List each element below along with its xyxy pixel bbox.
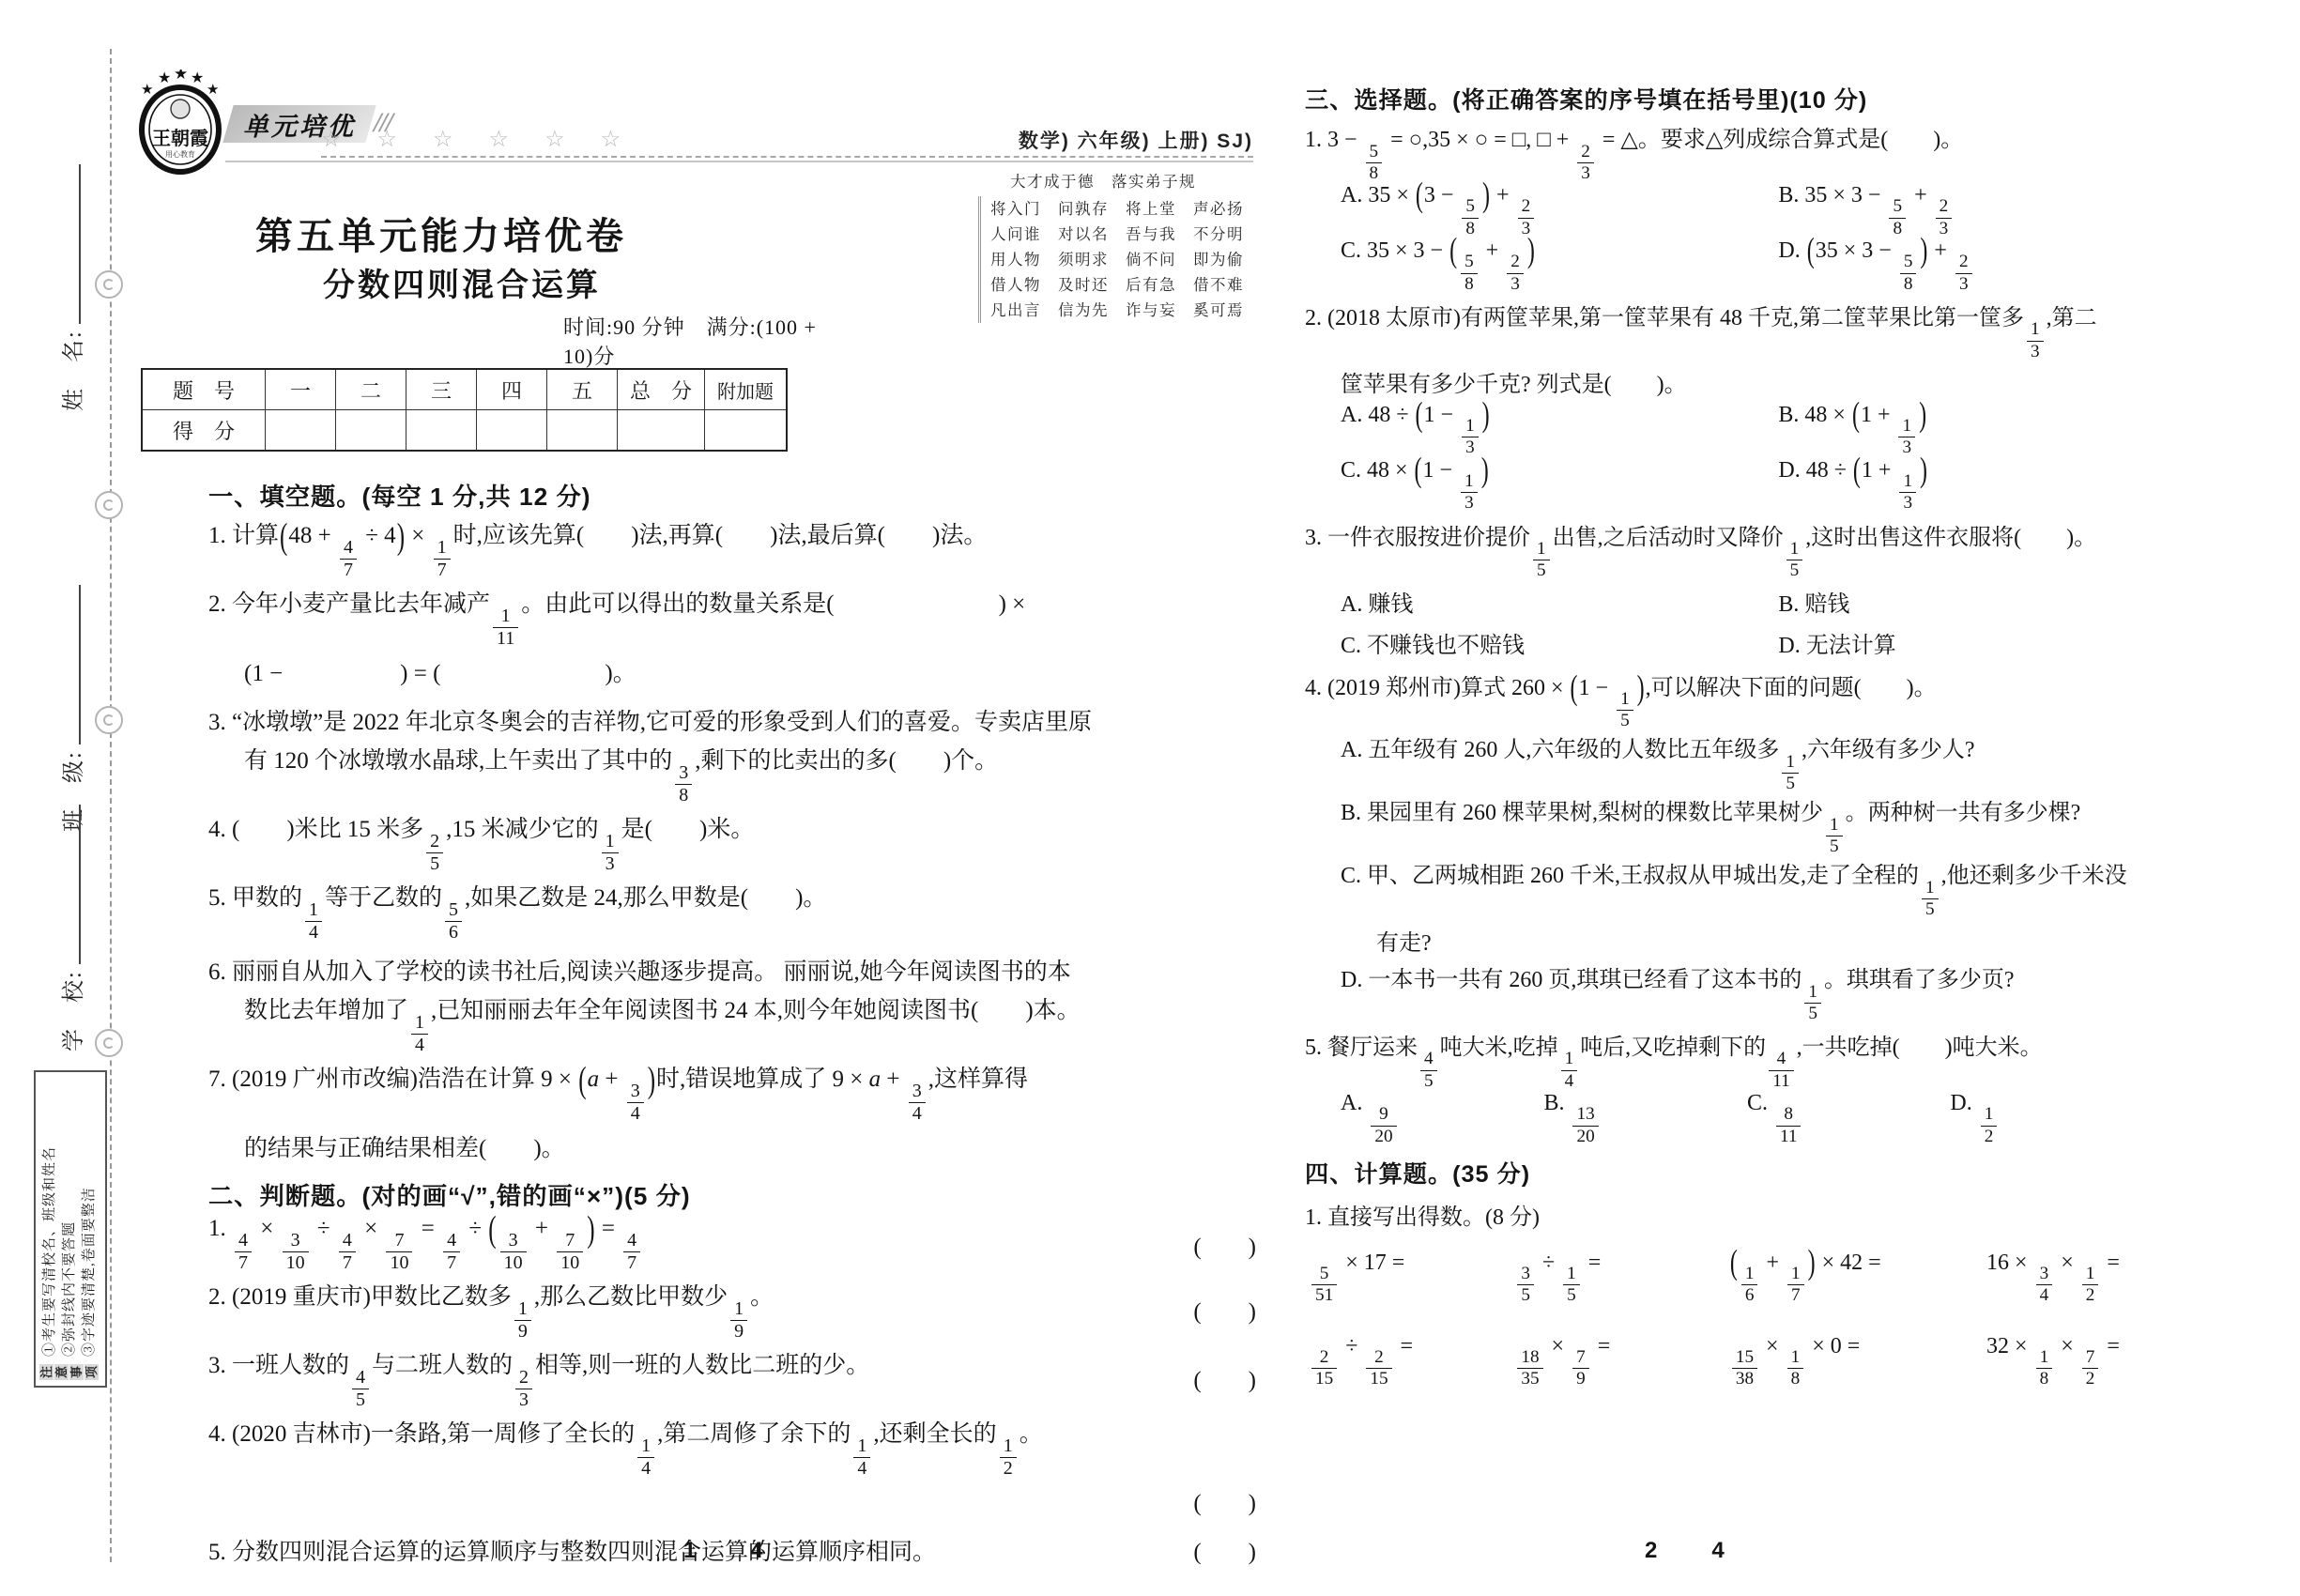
- fraction: 34: [909, 1082, 926, 1124]
- choice-option: C. 不赚钱也不赔钱: [1341, 626, 1778, 659]
- big-paren: ): [648, 1061, 655, 1101]
- calc-grid: 551 × 17 =35 ÷ 15 =(16 + 17) × 42 =16 × …: [1305, 1251, 2167, 1389]
- score-header-cell: 三: [406, 369, 477, 410]
- score-table-score-row: 得 分: [142, 410, 787, 452]
- svg-text:★: ★: [174, 69, 188, 83]
- score-header-cell: 附加题: [705, 369, 788, 410]
- question: 5. 甲数的14等于乙数的56,如果乙数是 24,那么甲数是( )。: [208, 879, 1260, 943]
- option-row: A. 48 ÷ (1 − 13)B. 48 × (1 + 13): [1305, 403, 2167, 458]
- question-text: 5. 分数四则混合运算的运算顺序与整数四则混合运算的运算顺序相同。: [208, 1533, 936, 1567]
- question-line: 的结果与正确结果相差( )。: [208, 1124, 1260, 1168]
- fraction: 72: [2082, 1348, 2099, 1389]
- question-text: 2. (2018 太原市)有两筐苹果,第一筐苹果有 48 千克,第二筐苹果比第一…: [1305, 299, 2097, 361]
- score-cell: [705, 410, 788, 452]
- choice-option: A. 35 × (3 − 58) + 23: [1341, 183, 1778, 238]
- score-cell: [406, 410, 477, 452]
- fraction: 12: [2082, 1265, 2099, 1305]
- question-line: 7. (2019 广州市改编)浩浩在计算 9 × (a + 34)时,错误地算成…: [208, 1060, 1260, 1124]
- section-heading: 四、计算题。(35 分): [1305, 1151, 2167, 1194]
- fraction: 58: [1889, 197, 1906, 238]
- big-paren: (: [280, 517, 287, 558]
- option-row: C. 不赚钱也不赔钱D. 无法计算: [1305, 622, 2167, 664]
- question-text: 4. ( )米比 15 米多25,15 米减少它的13是( )米。: [208, 810, 754, 874]
- big-paren: (: [1852, 397, 1860, 437]
- fraction: 18: [1787, 1348, 1804, 1389]
- question-text: C. 甲、乙两城相距 260 千米,王叔叔从甲城出发,走了全程的15,他还剩多少…: [1341, 856, 2127, 919]
- big-paren: (: [1416, 397, 1423, 437]
- fraction: 23: [1936, 197, 1953, 238]
- page-number: 1: [683, 1538, 696, 1564]
- fraction: 47: [623, 1231, 640, 1273]
- option-row: A. 35 × (3 − 58) + 23B. 35 × 3 − 58 + 23: [1305, 183, 2167, 238]
- fraction: 15: [1533, 540, 1550, 580]
- big-paren: (: [1449, 233, 1457, 272]
- fraction: 23: [1955, 253, 1972, 293]
- question-line: 3. “冰墩墩”是 2022 年北京冬奥会的吉祥物,它可爱的形象受到人们的喜爱。…: [208, 698, 1260, 742]
- choice-option: C. 35 × 3 − (58 + 23): [1341, 238, 1778, 294]
- question: 1. 47 × 310 ÷ 47 × 710 = 47 ÷ (310 + 710…: [208, 1216, 1260, 1273]
- fraction: 15: [1563, 1265, 1580, 1305]
- question-text: 1. 3 − 58 = ○,35 × ○ = □, □ + 23 = △。要求△…: [1305, 120, 1963, 183]
- big-paren: ): [1920, 453, 1927, 492]
- fraction: 47: [443, 1231, 460, 1273]
- question-text: 3. 一件衣服按进价提价15出售,之后活动时又降价15,这时出售这件衣服将( )…: [1305, 518, 2096, 581]
- big-paren: (: [1730, 1245, 1738, 1284]
- question-text: 6. 丽丽自从加入了学校的读书社后,阅读兴趣逐步提高。 丽丽说,她今年阅读图书的…: [208, 953, 1071, 987]
- fraction: 411: [1769, 1050, 1793, 1090]
- section-heading: 一、填空题。(每空 1 分,共 12 分): [208, 473, 1260, 516]
- answer-paren: ( ): [1193, 1293, 1260, 1327]
- fraction: 14: [1561, 1050, 1578, 1090]
- student-name-label: 姓 名:: [62, 330, 86, 411]
- question: 6. 丽丽自从加入了学校的读书社后,阅读兴趣逐步提高。 丽丽说,她今年阅读图书的…: [208, 947, 1260, 1055]
- choice-option: B. 35 × 3 − 58 + 23: [1778, 183, 2167, 238]
- option-row: A. 赚钱B. 赔钱: [1305, 581, 2167, 622]
- fraction: 14: [305, 900, 322, 943]
- fraction: 47: [339, 1231, 356, 1273]
- motto-line: 借人物 及时还 后有急 借不难: [990, 272, 1256, 298]
- score-header-cell: 题 号: [142, 369, 266, 410]
- question-line: 3. 一班人数的45与二班人数的23相等,则一班的人数比二班的少。( ): [208, 1346, 1260, 1410]
- question-line: 1. 47 × 310 ÷ 47 × 710 = 47 ÷ (310 + 710…: [208, 1216, 1260, 1273]
- question-text: 5. 甲数的14等于乙数的56,如果乙数是 24,那么甲数是( )。: [208, 879, 826, 943]
- motto-title: 大才成于德 落实弟子规: [1010, 169, 1256, 194]
- fold-stamp-icon: [95, 706, 123, 734]
- fraction: 17: [1787, 1265, 1804, 1305]
- big-paren: ): [1920, 233, 1927, 272]
- big-paren: (: [578, 1061, 586, 1101]
- question: 4. (2020 吉林市)一条路,第一周修了全长的14,第二周修了余下的14,还…: [208, 1415, 1260, 1523]
- question-line: C. 甲、乙两城相距 260 千米,王叔叔从甲城出发,走了全程的15,他还剩多少…: [1305, 856, 2167, 919]
- fraction: 215: [1366, 1348, 1391, 1389]
- big-paren: (: [1415, 453, 1422, 492]
- series-badge: 数学) 六年级) 上册) SJ): [969, 126, 1253, 154]
- notice-content: 注意事项 ①考生要写清校名、班级和姓名②弥封线内不要答题③字迹要清楚,卷面要整洁: [39, 1078, 100, 1380]
- big-paren: ): [1527, 233, 1535, 272]
- notice-item: ③字迹要清楚,卷面要整洁: [80, 1146, 99, 1357]
- left-column: 一、填空题。(每空 1 分,共 12 分)1. 计算(48 + 47 ÷ 4) …: [208, 473, 1260, 1576]
- fraction: 56: [445, 900, 462, 943]
- fraction: 18: [2036, 1348, 2053, 1389]
- big-paren: (: [1416, 177, 1423, 217]
- fraction: 310: [500, 1231, 527, 1273]
- question-line: 2. (2019 重庆市)甲数比乙数多19,那么乙数比甲数少19。( ): [208, 1278, 1260, 1342]
- question-line: 4. (2019 郑州市)算式 260 × (1 − 15),可以解决下面的问题…: [1305, 668, 2167, 731]
- motto-body: 将入门 问孰存 将上堂 声必扬 人问谁 对以名 吾与我 不分明 用人物 须明求 …: [978, 196, 1256, 323]
- fraction: 13: [602, 832, 619, 874]
- question-line: 1. 计算(48 + 47 ÷ 4) × 17时,应该先算( )法,再算( )法…: [208, 516, 1260, 580]
- choice-option: C. 48 × (1 − 13): [1341, 458, 1778, 514]
- question: 2. (2018 太原市)有两筐苹果,第一筐苹果有 48 千克,第二筐苹果比第一…: [1305, 299, 2167, 514]
- fraction: 58: [1900, 253, 1917, 293]
- fraction: 12: [1981, 1105, 1998, 1145]
- big-paren: ): [1808, 1245, 1816, 1284]
- question-line: ( ): [208, 1479, 1260, 1523]
- question: 4. ( )米比 15 米多25,15 米减少它的13是( )米。: [208, 810, 1260, 874]
- answer-paren: ( ): [1193, 1228, 1260, 1262]
- big-paren: ): [1481, 453, 1489, 492]
- question-line: 有走?: [1305, 919, 2167, 960]
- calc-item: (16 + 17) × 42 =: [1729, 1251, 1986, 1306]
- question-line: 2. 今年小麦产量比去年减产111。由此可以得出的数量关系是( ) ×: [208, 585, 1260, 649]
- fraction: 13: [1462, 417, 1479, 457]
- question-line: A. 五年级有 260 人,六年级的人数比五年级多15,六年级有多少人?: [1305, 730, 2167, 793]
- brand-logo: ★ ★ ★ ★ ★ 王朝霞 用心教育: [133, 69, 227, 175]
- svg-text:★: ★: [191, 70, 204, 86]
- question-text: (1 − ) = ( )。: [244, 654, 636, 688]
- big-paren: (: [1807, 233, 1815, 272]
- logo-name: 王朝霞: [152, 127, 208, 149]
- option-row: A. 920B. 1320C. 811D. 12: [1305, 1091, 2167, 1146]
- question-text: 1. 计算(48 + 47 ÷ 4) × 17时,应该先算( )法,再算( )法…: [208, 516, 987, 580]
- question-text: 1. 直接写出得数。(8 分): [1305, 1198, 1540, 1231]
- question-text: 数比去年增加了14,已知丽丽去年全年阅读图书 24 本,则今年她阅读图书( )本…: [244, 991, 1081, 1055]
- calc-item: 215 ÷ 215 =: [1309, 1334, 1514, 1389]
- score-header-cell: 总 分: [618, 369, 705, 410]
- score-row-label: 得 分: [142, 410, 266, 452]
- answer-paren: ( ): [1193, 1361, 1260, 1395]
- question-line: 有 120 个冰墩墩水晶球,上午卖出了其中的38,剩下的比卖出的多( )个。: [208, 742, 1260, 806]
- question-text: 3. “冰墩墩”是 2022 年北京冬奥会的吉祥物,它可爱的形象受到人们的喜爱。…: [208, 703, 1092, 737]
- header-solid-line: [225, 161, 1253, 162]
- question: 4. (2019 郑州市)算式 260 × (1 − 15),可以解决下面的问题…: [1305, 668, 2167, 1023]
- page-subtitle: 分数四则混合运算: [237, 259, 687, 305]
- motto-block: 大才成于德 落实弟子规 将入门 问孰存 将上堂 声必扬 人问谁 对以名 吾与我 …: [978, 169, 1256, 323]
- choice-option: D. (35 × 3 − 58) + 23: [1778, 238, 2167, 294]
- svg-text:★: ★: [207, 83, 219, 98]
- answer-paren: ( ): [1193, 1533, 1260, 1567]
- option-row: C. 48 × (1 − 13)D. 48 ÷ (1 + 13): [1305, 458, 2167, 514]
- answer-paren: ( ): [1193, 1484, 1260, 1518]
- question-text: 筐苹果有多少千克? 列式是( )。: [1341, 365, 1687, 398]
- question-text: 2. 今年小麦产量比去年减产111。由此可以得出的数量关系是( ) ×: [208, 585, 1025, 649]
- question-text: 4. (2020 吉林市)一条路,第一周修了全长的14,第二周修了余下的14,还…: [208, 1415, 1043, 1479]
- fraction: 710: [557, 1231, 583, 1273]
- calc-item: 32 × 18 × 72 =: [1986, 1334, 2167, 1389]
- fraction: 45: [352, 1368, 369, 1410]
- notice-items: ①考生要写清校名、班级和姓名②弥封线内不要答题③字迹要清楚,卷面要整洁: [40, 1146, 99, 1357]
- fraction: 34: [2036, 1265, 2053, 1305]
- fraction: 58: [1366, 143, 1383, 183]
- question-text: D. 一本书一共有 260 页,琪琪已经看了这本书的15。琪琪看了多少页?: [1341, 960, 2015, 1023]
- big-paren: (: [1571, 670, 1578, 710]
- right-column: 三、选择题。(将正确答案的序号填在括号里)(10 分)1. 3 − 58 = ○…: [1305, 77, 2167, 1393]
- question-line: 筐苹果有多少千克? 列式是( )。: [1305, 361, 2167, 403]
- fraction: 58: [1462, 197, 1479, 238]
- choice-option: A. 48 ÷ (1 − 13): [1341, 403, 1778, 458]
- fraction: 215: [1311, 1348, 1337, 1389]
- svg-text:★: ★: [158, 70, 171, 86]
- fraction: 19: [514, 1299, 531, 1342]
- notice-box: 注意事项 ①考生要写清校名、班级和姓名②弥封线内不要答题③字迹要清楚,卷面要整洁: [34, 1070, 107, 1388]
- calc-item: 551 × 17 =: [1309, 1251, 1514, 1306]
- question-text: 5. 餐厅运来45吨大米,吃掉14吨后,又吃掉剩下的411,一共吃掉( )吨大米…: [1305, 1028, 2043, 1091]
- fraction: 1538: [1732, 1348, 1757, 1389]
- motto-line: 用人物 须明求 倘不问 即为偷: [990, 247, 1256, 272]
- fraction: 920: [1371, 1105, 1396, 1145]
- choice-option: D. 无法计算: [1778, 626, 2167, 659]
- header-dashed-line: [321, 156, 1253, 158]
- question-text: 3. 一班人数的45与二班人数的23相等,则一班的人数比二班的少。: [208, 1346, 869, 1410]
- fraction: 310: [283, 1231, 309, 1273]
- notice-item: ①考生要写清校名、班级和姓名: [40, 1146, 59, 1357]
- big-paren: ): [1482, 397, 1490, 437]
- score-cell: [547, 410, 618, 452]
- motto-line: 将入门 问孰存 将上堂 声必扬: [990, 196, 1256, 222]
- exam-sheet: 姓 名: 班 级: 学 校: 注意事项 ①考生要写清校名、班级和姓名②弥封线内不…: [0, 0, 2300, 1596]
- big-paren: ): [397, 517, 405, 558]
- fraction: 13: [1461, 472, 1478, 513]
- student-school-line: [56, 805, 81, 964]
- calc-item: 16 × 34 × 12 =: [1986, 1251, 2167, 1306]
- calc-item: 1835 × 79 =: [1514, 1334, 1729, 1389]
- fraction: 111: [493, 606, 518, 649]
- question-line: 4. ( )米比 15 米多25,15 米减少它的13是( )米。: [208, 810, 1260, 874]
- notice-label-char: 注: [39, 1364, 54, 1380]
- page-title: 第五单元能力培优卷: [216, 207, 667, 260]
- question-line: 1. 直接写出得数。(8 分): [1305, 1194, 2167, 1235]
- choice-option: B. 1320: [1543, 1091, 1746, 1146]
- question-text: 有 120 个冰墩墩水晶球,上午卖出了其中的38,剩下的比卖出的多( )个。: [244, 742, 998, 806]
- stars-row-icon: ☆ ☆ ☆ ☆ ☆ ☆: [321, 126, 636, 153]
- question-line: 1. 3 − 58 = ○,35 × ○ = □, □ + 23 = △。要求△…: [1305, 120, 2167, 183]
- fraction: 79: [1572, 1348, 1589, 1389]
- question-line: 6. 丽丽自从加入了学校的读书社后,阅读兴趣逐步提高。 丽丽说,她今年阅读图书的…: [208, 947, 1260, 991]
- choice-option: D. 12: [1950, 1091, 2153, 1146]
- score-header-cell: 五: [547, 369, 618, 410]
- fraction: 551: [1311, 1265, 1337, 1305]
- question-text: 7. (2019 广州市改编)浩浩在计算 9 × (a + 34)时,错误地算成…: [208, 1060, 1028, 1124]
- question-text: 4. (2019 郑州市)算式 260 × (1 − 15),可以解决下面的问题…: [1305, 668, 1937, 731]
- question: 1. 直接写出得数。(8 分)551 × 17 =35 ÷ 15 =(16 + …: [1305, 1194, 2167, 1389]
- fraction: 15: [1922, 879, 1939, 919]
- score-cell: [336, 410, 406, 452]
- big-paren: ): [1919, 397, 1926, 437]
- fraction: 811: [1776, 1105, 1801, 1145]
- calc-item: 1538 × 18 × 0 =: [1729, 1334, 1986, 1389]
- fraction: 15: [1617, 690, 1633, 730]
- section-heading: 二、判断题。(对的画“√”,错的画“×”)(5 分): [208, 1173, 1260, 1216]
- fraction: 47: [235, 1231, 252, 1273]
- fraction: 58: [1461, 253, 1478, 293]
- logo-tagline: 用心教育: [165, 149, 195, 159]
- fraction: 17: [434, 538, 451, 580]
- fraction: 15: [1782, 753, 1799, 793]
- fraction: 13: [1899, 472, 1916, 513]
- question-text: 1. 47 × 310 ÷ 47 × 710 = 47 ÷ (310 + 710…: [208, 1216, 643, 1273]
- big-paren: ): [1637, 670, 1645, 710]
- fraction: 19: [730, 1299, 747, 1342]
- fraction: 13: [2027, 320, 2044, 361]
- page-number-left: 1 4: [683, 1538, 763, 1564]
- question: 5. 餐厅运来45吨大米,吃掉14吨后,又吃掉剩下的411,一共吃掉( )吨大米…: [1305, 1028, 2167, 1146]
- student-name-field: 姓 名:: [54, 130, 87, 411]
- student-school-field: 学 校:: [54, 770, 87, 1051]
- fold-stamp-icon: [95, 491, 123, 519]
- question-line: 4. (2020 吉林市)一条路,第一周修了全长的14,第二周修了余下的14,还…: [208, 1415, 1260, 1479]
- fraction: 710: [386, 1231, 412, 1273]
- question: 1. 计算(48 + 47 ÷ 4) × 17时,应该先算( )法,再算( )法…: [208, 516, 1260, 580]
- notice-label-char: 事: [69, 1364, 84, 1380]
- fraction: 1835: [1517, 1348, 1542, 1389]
- big-paren: ): [1482, 177, 1490, 217]
- question: 3. 一班人数的45与二班人数的23相等,则一班的人数比二班的少。( ): [208, 1346, 1260, 1410]
- score-table-header-row: 题 号 一 二 三 四 五 总 分 附加题: [142, 369, 787, 410]
- question-line: 3. 一件衣服按进价提价15出售,之后活动时又降价15,这时出售这件衣服将( )…: [1305, 518, 2167, 581]
- score-cell: [477, 410, 547, 452]
- question-line: 2. (2018 太原市)有两筐苹果,第一筐苹果有 48 千克,第二筐苹果比第一…: [1305, 299, 2167, 361]
- question: 1. 3 − 58 = ○,35 × ○ = □, □ + 23 = △。要求△…: [1305, 120, 2167, 294]
- score-table: 题 号 一 二 三 四 五 总 分 附加题 得 分: [141, 368, 788, 452]
- fraction: 1320: [1572, 1105, 1598, 1145]
- option-row: C. 35 × 3 − (58 + 23)D. (35 × 3 − 58) + …: [1305, 238, 2167, 294]
- fold-stamp-icon: [95, 270, 123, 299]
- fraction: 25: [426, 832, 443, 874]
- question-text: 2. (2019 重庆市)甲数比乙数多19,那么乙数比甲数少19。: [208, 1278, 774, 1342]
- fraction: 15: [1826, 816, 1843, 856]
- section-heading: 三、选择题。(将正确答案的序号填在括号里)(10 分): [1305, 77, 2167, 120]
- question: 3. 一件衣服按进价提价15出售,之后活动时又降价15,这时出售这件衣服将( )…: [1305, 518, 2167, 664]
- student-class-line: [56, 585, 81, 744]
- score-header-cell: 四: [477, 369, 547, 410]
- motto-line: 人问谁 对以名 吾与我 不分明: [990, 222, 1256, 247]
- fraction: 47: [340, 538, 357, 580]
- question-line: B. 果园里有 260 棵苹果树,梨树的棵数比苹果树少15。两种树一共有多少棵?: [1305, 793, 2167, 856]
- fraction: 38: [675, 763, 692, 806]
- fold-stamp-icon: [95, 1029, 123, 1057]
- choice-option: D. 48 ÷ (1 + 13): [1778, 458, 2167, 514]
- question-text: 有走?: [1376, 924, 1432, 957]
- calc-item: 35 ÷ 15 =: [1514, 1251, 1729, 1306]
- choice-option: A. 920: [1341, 1091, 1543, 1146]
- choice-option: B. 48 × (1 + 13): [1778, 403, 2167, 458]
- question: 3. “冰墩墩”是 2022 年北京冬奥会的吉祥物,它可爱的形象受到人们的喜爱。…: [208, 698, 1260, 806]
- fraction: 23: [515, 1368, 532, 1410]
- question: 7. (2019 广州市改编)浩浩在计算 9 × (a + 34)时,错误地算成…: [208, 1060, 1260, 1168]
- fraction: 15: [1804, 983, 1821, 1023]
- big-paren: (: [1853, 453, 1861, 492]
- motto-line: 凡出言 信为先 诈与妄 奚可焉: [990, 298, 1256, 323]
- svg-text:★: ★: [141, 83, 153, 98]
- question-line: (1 − ) = ( )。: [208, 649, 1260, 693]
- fraction: 16: [1741, 1265, 1758, 1305]
- fraction: 23: [1577, 143, 1594, 183]
- big-paren: (: [488, 1210, 496, 1251]
- fraction: 14: [853, 1436, 870, 1479]
- score-header-cell: 一: [266, 369, 336, 410]
- page-number: 4: [750, 1538, 762, 1564]
- big-paren: ): [587, 1210, 594, 1251]
- question-line: D. 一本书一共有 260 页,琪琪已经看了这本书的15。琪琪看了多少页?: [1305, 960, 2167, 1023]
- notice-label-char: 意: [54, 1364, 69, 1380]
- fraction: 34: [627, 1082, 644, 1124]
- question: 2. 今年小麦产量比去年减产111。由此可以得出的数量关系是( ) ×(1 − …: [208, 585, 1260, 693]
- student-school-label: 学 校:: [62, 970, 86, 1051]
- question-text: A. 五年级有 260 人,六年级的人数比五年级多15,六年级有多少人?: [1341, 730, 1975, 793]
- choice-option: A. 赚钱: [1341, 585, 1778, 618]
- fraction: 35: [1517, 1265, 1534, 1305]
- fraction: 14: [411, 1013, 428, 1055]
- portrait-icon: [171, 100, 190, 118]
- question-line: 5. 甲数的14等于乙数的56,如果乙数是 24,那么甲数是( )。: [208, 879, 1260, 943]
- notice-label-char: 项: [84, 1364, 99, 1380]
- score-cell: [266, 410, 336, 452]
- notice-item: ②弥封线内不要答题: [60, 1146, 79, 1357]
- fraction: 45: [1420, 1050, 1437, 1090]
- choice-option: C. 811: [1747, 1091, 1950, 1146]
- question-line: 数比去年增加了14,已知丽丽去年全年阅读图书 24 本,则今年她阅读图书( )本…: [208, 991, 1260, 1055]
- question-text: 的结果与正确结果相差( )。: [244, 1129, 565, 1163]
- page-number: 2: [1645, 1538, 1657, 1564]
- fraction: 15: [1786, 540, 1803, 580]
- question: 2. (2019 重庆市)甲数比乙数多19,那么乙数比甲数少19。( ): [208, 1278, 1260, 1342]
- score-header-cell: 二: [336, 369, 406, 410]
- fraction: 23: [1507, 253, 1524, 293]
- page-number: 4: [1711, 1538, 1724, 1564]
- student-name-line: [56, 164, 81, 324]
- fraction: 12: [1000, 1436, 1017, 1479]
- question-text: B. 果园里有 260 棵苹果树,梨树的棵数比苹果树少15。两种树一共有多少棵?: [1341, 793, 2080, 856]
- notice-label: 注意事项: [39, 1364, 100, 1380]
- choice-option: B. 赔钱: [1778, 585, 2167, 618]
- question-line: 5. 餐厅运来45吨大米,吃掉14吨后,又吃掉剩下的411,一共吃掉( )吨大米…: [1305, 1028, 2167, 1091]
- time-score-info: 时间:90 分钟 满分:(100 + 10)分: [563, 312, 845, 370]
- page-number-right: 2 4: [1645, 1538, 1725, 1564]
- fraction: 14: [637, 1436, 654, 1479]
- fraction: 13: [1898, 417, 1915, 457]
- score-cell: [618, 410, 705, 452]
